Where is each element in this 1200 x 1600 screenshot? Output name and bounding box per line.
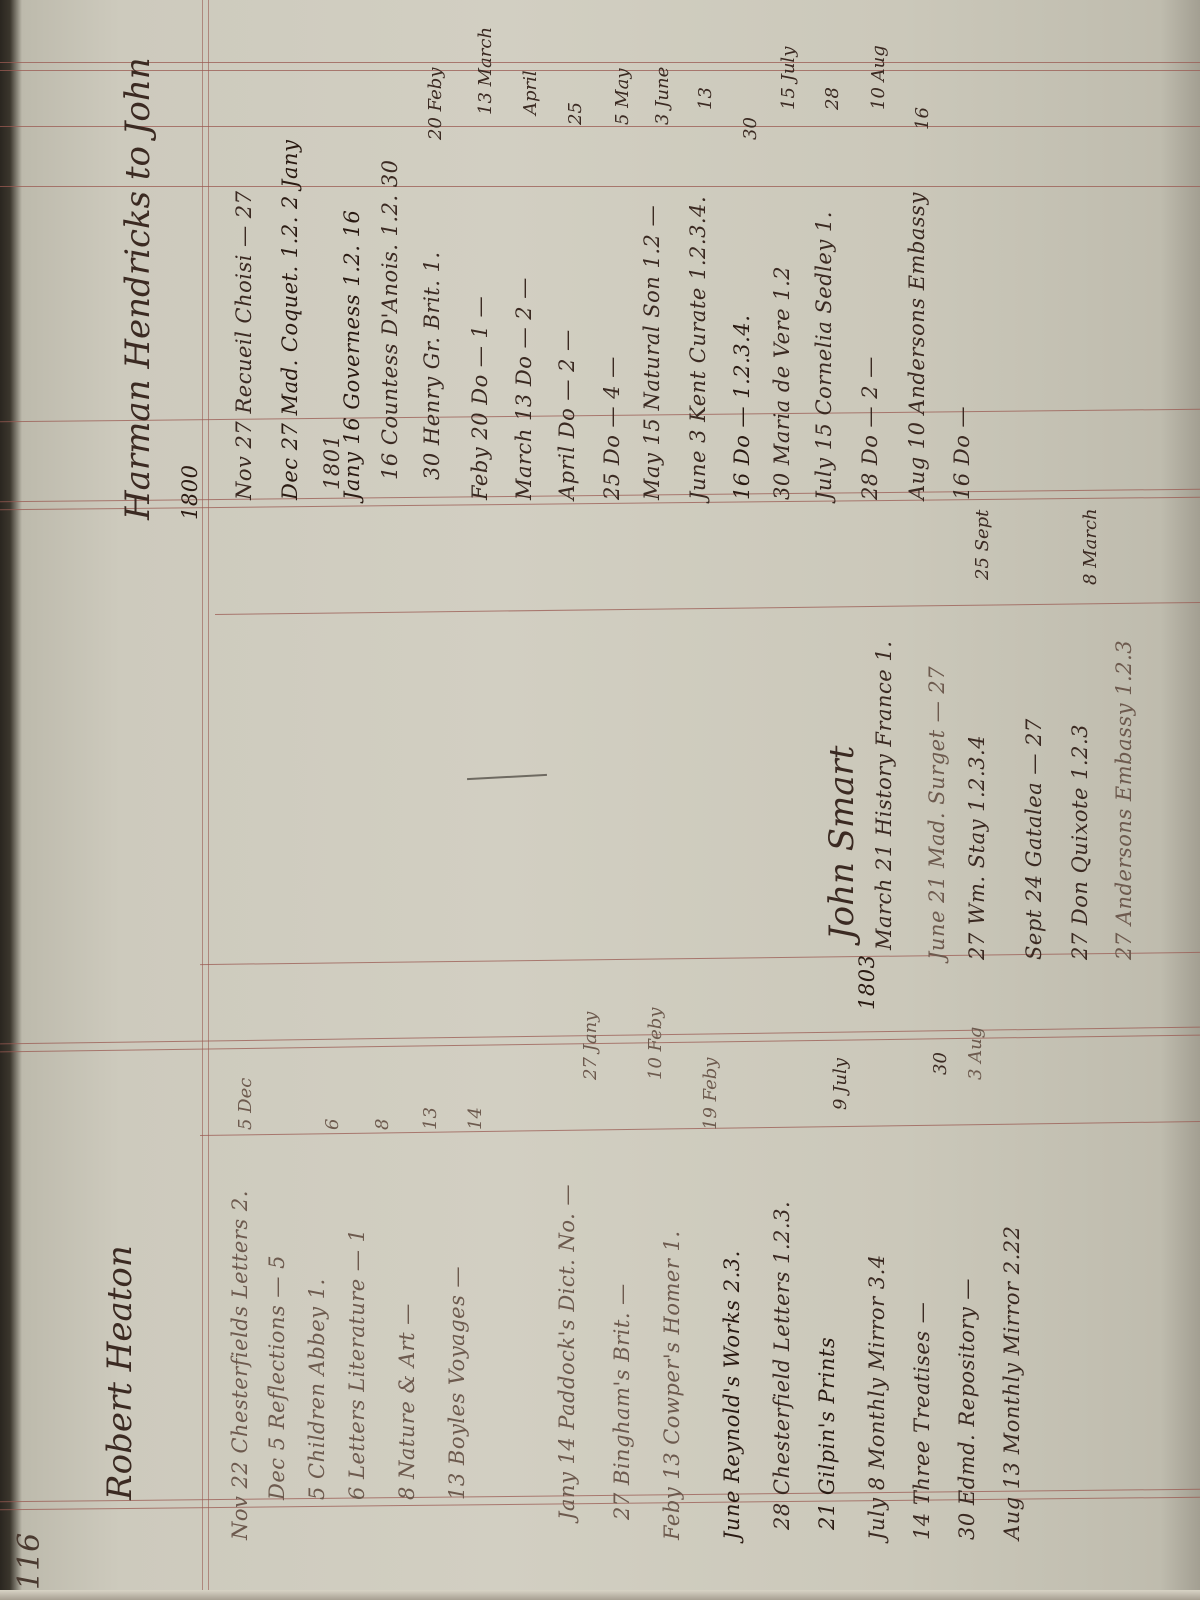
return-date: 8 xyxy=(372,1119,393,1130)
return-date: 30 xyxy=(740,117,761,140)
ledger-entry: Feby 13 Cowper's Homer 1. xyxy=(660,1230,684,1540)
return-date: 5 May xyxy=(612,68,633,125)
page-edge xyxy=(0,1590,1200,1600)
ruled-line xyxy=(0,70,1200,71)
return-date: 10 Feby xyxy=(645,1008,666,1080)
ruled-line xyxy=(0,186,1200,187)
ruled-line xyxy=(215,602,1200,615)
ledger-entry: 21 Gilpin's Prints xyxy=(815,1337,839,1530)
ledger-entry: June 3 Kent Curate 1.2.3.4. xyxy=(686,196,710,500)
return-date: 25 xyxy=(565,102,586,125)
account-year: 1800 xyxy=(178,465,202,520)
return-date: 30 xyxy=(930,1052,951,1075)
ledger-page: 116 Harman Hendricks to John 1800 Nov 27… xyxy=(0,0,1200,1600)
return-date: 14 xyxy=(465,1107,486,1130)
margin-line xyxy=(202,0,203,1600)
ledger-entry: 16 Do — 1.2.3.4. xyxy=(730,315,754,500)
account-heading: Harman Hendricks to John xyxy=(118,57,158,520)
return-date: April xyxy=(520,70,541,115)
ledger-entry: May 15 Natural Son 1.2 — xyxy=(640,205,664,500)
ledger-entry: 27 Don Quixote 1.2.3 xyxy=(1068,724,1092,960)
ledger-entry: 13 Boyles Voyages — xyxy=(445,1266,469,1500)
return-date: 19 Feby xyxy=(700,1058,721,1130)
ledger-entry: June Reynold's Works 2.3. xyxy=(720,1250,744,1540)
return-date: 3 Aug xyxy=(965,1027,986,1080)
ledger-entry: Jany 14 Paddock's Dict. No. — xyxy=(555,1184,579,1520)
ledger-entry: July 15 Cornelia Sedley 1. xyxy=(812,211,836,500)
return-date: 5 Dec xyxy=(235,1078,256,1130)
return-date: 20 Feby xyxy=(425,68,446,140)
ledger-entry: July 8 Monthly Mirror 3.4 xyxy=(865,1254,889,1540)
return-date: 25 Sept xyxy=(972,510,993,580)
ledger-entry: June 21 Mad. Surget — 27 xyxy=(925,666,949,960)
ledger-entry: 27 Bingham's Brit. — xyxy=(610,1283,634,1520)
margin-line xyxy=(208,0,209,1600)
return-date: 6 xyxy=(322,1119,343,1130)
ruled-line xyxy=(0,126,1200,127)
ledger-entry: April Do — 2 — xyxy=(555,329,579,500)
ledger-entry: Feby 20 Do — 1 — xyxy=(468,296,492,500)
ledger-entry: Nov 22 Chesterfields Letters 2. xyxy=(228,1190,252,1540)
return-date: 13 xyxy=(695,87,716,110)
ledger-entry: 16 Countess D'Anois. 1.2. 30 xyxy=(378,159,402,480)
ledger-entry: 5 Children Abbey 1. xyxy=(305,1278,329,1500)
ledger-entry: March 13 Do — 2 — xyxy=(512,277,536,500)
ledger-entry: 27 Wm. Stay 1.2.3.4 xyxy=(965,735,989,960)
return-date: 28 xyxy=(822,87,843,110)
ledger-entry: 28 Do — 2 — xyxy=(858,356,882,500)
ledger-entry: Dec 27 Mad. Coquet. 1.2. 2 Jany xyxy=(278,140,302,500)
return-date: 27 Jany xyxy=(580,1012,601,1080)
ledger-entry: 8 Nature & Art — xyxy=(395,1303,419,1500)
page-number: 116 xyxy=(12,1533,47,1590)
ledger-entry: 6 Letters Literature — 1 xyxy=(345,1229,369,1500)
return-date: 13 xyxy=(420,1107,441,1130)
account-heading: John Smart xyxy=(822,746,862,940)
ruled-line xyxy=(200,952,1200,965)
return-date: 15 July xyxy=(778,47,799,110)
ledger-entry: 27 Andersons Embassy 1.2.3 xyxy=(1112,640,1136,960)
return-date: 3 June xyxy=(652,67,673,125)
ledger-entry: Nov 27 Recueil Choisi — 27 xyxy=(232,190,256,500)
ledger-entry: 28 Chesterfield Letters 1.2.3. xyxy=(770,1201,794,1530)
ledger-entry: 16 Do — xyxy=(950,406,974,500)
return-date: 10 Aug xyxy=(868,45,889,110)
ledger-entry: 30 Edmd. Repository — xyxy=(955,1278,979,1540)
ledger-entry: Sept 24 Gatalea — 27 xyxy=(1022,718,1046,960)
return-date: 13 March xyxy=(475,27,496,115)
ledger-entry: Dec 5 Reflections — 5 xyxy=(265,1255,289,1500)
ledger-entry: March 21 History France 1. xyxy=(872,641,896,950)
account-year: 1803 xyxy=(855,955,879,1010)
pencil-mark xyxy=(467,774,547,780)
ledger-entry: 30 Maria de Vere 1.2 xyxy=(770,266,794,500)
account-heading: Robert Heaton xyxy=(100,1245,140,1500)
ledger-entry: Aug 10 Andersons Embassy xyxy=(905,192,929,500)
ledger-entry: Jany 16 Governess 1.2. 16 xyxy=(340,210,364,500)
ledger-entry: 25 Do — 4 — xyxy=(600,356,624,500)
ruled-line xyxy=(0,62,1200,63)
return-date: 16 xyxy=(912,107,933,130)
ledger-entry: 14 Three Treatises — xyxy=(910,1302,934,1540)
return-date: 9 July xyxy=(830,1058,851,1110)
ledger-entry: 30 Henry Gr. Brit. 1. xyxy=(420,251,444,480)
ledger-entry: Aug 13 Monthly Mirror 2.22 xyxy=(1000,1225,1024,1540)
return-date: 8 March xyxy=(1080,508,1101,585)
